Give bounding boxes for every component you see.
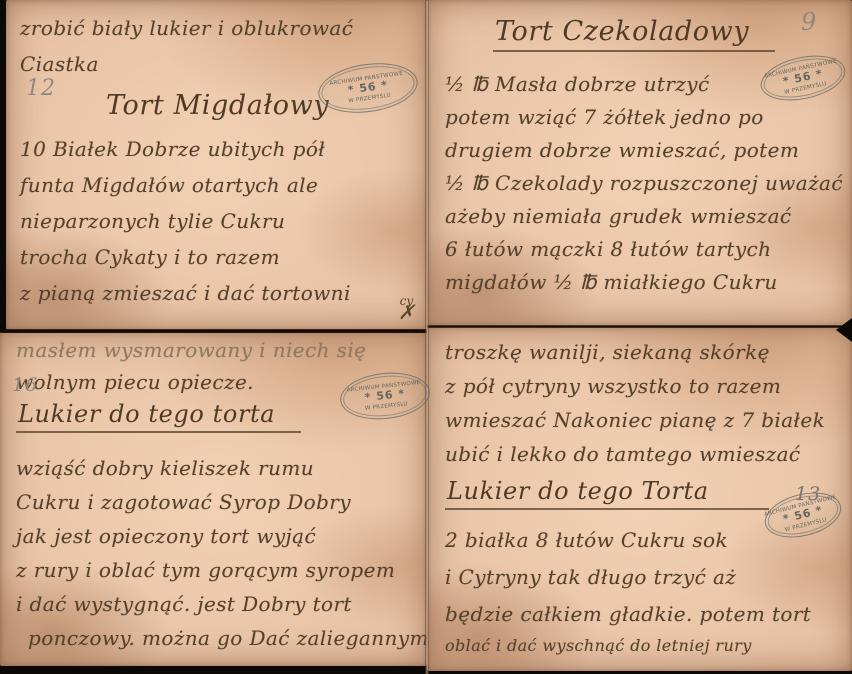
handwritten-line: z rury i oblać tym gorącym syropem — [16, 553, 427, 587]
handwritten-line: z pianą zmieszać i dać tortowni — [20, 275, 427, 311]
handwritten-line: wmieszać Nakoniec pianę z 7 białek — [445, 403, 852, 437]
handwritten-line: trocha Cykaty i to razem — [20, 239, 427, 275]
handwritten-line: migdałów ½ ℔ miałkiego Cukru — [445, 266, 852, 299]
manuscript-scan: zrobić biały lukier i oblukrować Ciastka… — [0, 0, 852, 674]
handwritten-line: ażeby niemiała grudek wmieszać — [445, 200, 852, 233]
handwritten-line: ponczowy. można go Dać zaliegannym. — [28, 621, 427, 655]
pencil-page-number: 13 — [795, 483, 821, 505]
handwritten-line: 10 Białek Dobrze ubitych pół — [20, 131, 427, 167]
torn-corner-wedge — [836, 318, 852, 342]
handwritten-line: jak jest opieczony tort wyjąć — [16, 519, 427, 553]
pencil-page-number: 9 — [801, 8, 817, 36]
handwritten-line: i dać wystygnąć. jest Dobry tort — [16, 587, 427, 621]
handwritten-line: ½ ℔ Czekolady rozpuszczonej uważać — [445, 167, 852, 200]
page-top-right: Tort Czekoladowy ½ ℔ Masła dobrze utrzyć… — [427, 0, 852, 326]
page-top-right-content: Tort Czekoladowy ½ ℔ Masła dobrze utrzyć… — [427, 0, 852, 326]
correction-mark: cy ✗ — [398, 296, 415, 318]
page-top-left-content: zrobić biały lukier i oblukrować Ciastka… — [6, 0, 427, 330]
handwritten-line: Cukru i zagotować Syrop Dobry — [16, 485, 427, 519]
handwritten-line: masłem wysmarowany i niech się — [16, 334, 427, 366]
page-seam-horizontal-left — [0, 329, 427, 333]
handwritten-line: będzie całkiem gładkie. potem tort — [445, 596, 852, 633]
page-seam-horizontal-right — [427, 325, 852, 328]
page-seam-vertical — [425, 0, 429, 674]
handwritten-line: wziąść dobry kieliszek rumu — [16, 451, 427, 485]
correction-x-icon: ✗ — [398, 307, 415, 318]
recipe-heading-text: Lukier do tego torta — [16, 400, 301, 433]
handwritten-line: 6 łutów mączki 8 łutów tartych — [445, 233, 852, 266]
handwritten-line: funta Migdałów otartych ale — [20, 167, 427, 203]
handwritten-line: drugiem dobrze wmieszać, potem — [445, 134, 852, 167]
handwritten-line: zrobić biały lukier i oblukrować — [20, 10, 427, 46]
handwritten-line: ubić i lekko do tamtego wmieszać — [445, 437, 852, 471]
handwritten-line: troszkę wanilji, siekaną skórkę — [445, 335, 852, 369]
pencil-page-number: 12 — [26, 76, 56, 101]
page-top-left: zrobić biały lukier i oblukrować Ciastka… — [6, 0, 427, 330]
handwritten-line: oblać i dać wyschnąć do letniej rury — [445, 633, 852, 659]
handwritten-line: i Cytryny tak długo trzyć aż — [445, 559, 852, 596]
pencil-page-number: 16 — [12, 374, 38, 396]
handwritten-line: nieparzonych tylie Cukru — [20, 203, 427, 239]
recipe-heading-text: Lukier do tego Torta — [445, 477, 769, 510]
recipe-heading-czekoladowy: Tort Czekoladowy — [493, 16, 852, 52]
recipe-heading-text: Tort Czekoladowy — [493, 16, 775, 52]
handwritten-line: potem wziąć 7 żółtek jedno po — [445, 101, 852, 134]
handwritten-line: z pół cytryny wszystko to razem — [445, 369, 852, 403]
